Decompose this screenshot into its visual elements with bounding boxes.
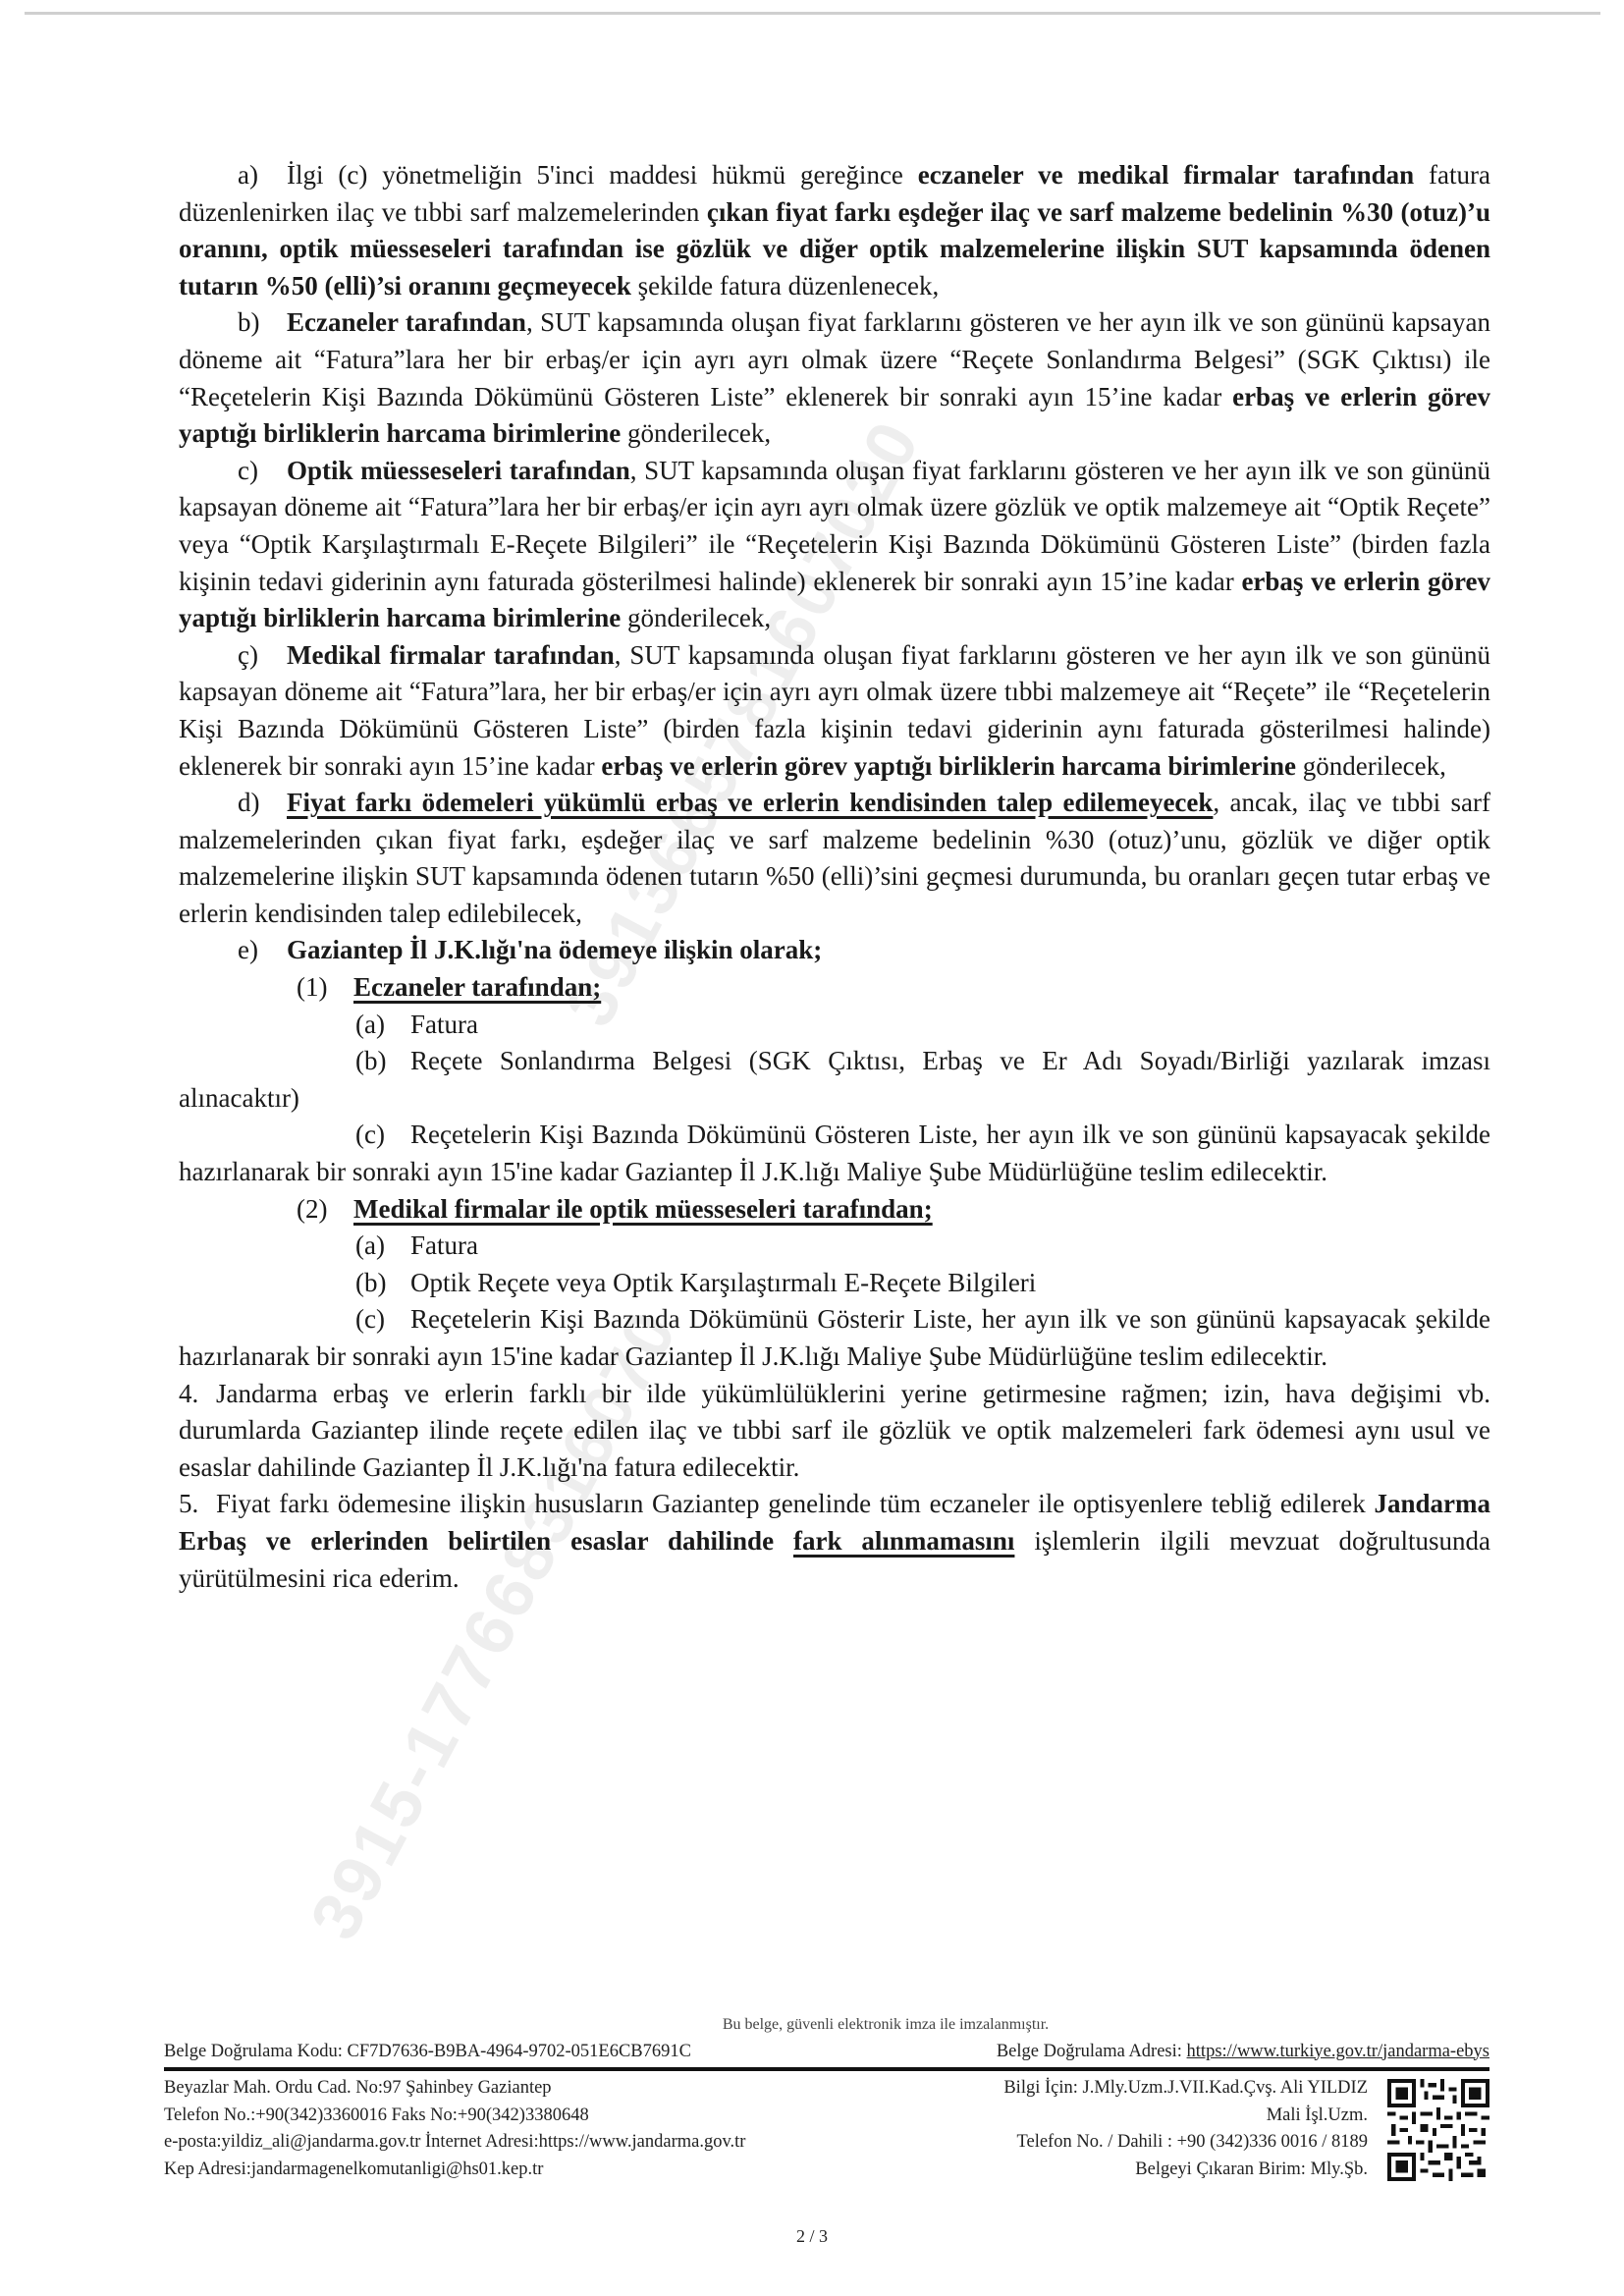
item-label: c) <box>238 453 287 490</box>
item-d: d)Fiyat farkı ödemeleri yükümlü erbaş ve… <box>179 785 1490 932</box>
address: Beyazlar Mah. Ordu Cad. No:97 Şahinbey G… <box>164 2075 871 2103</box>
kep-address: Kep Adresi:jandarmagenelkomutanligi@hs01… <box>164 2157 871 2184</box>
paragraph-5: 5.Fiyat farkı ödemesine ilişkin hususlar… <box>179 1486 1490 1597</box>
item-b: b)Eczaneler tarafından, SUT kapsamında o… <box>179 304 1490 452</box>
email-web: e-posta:yildiz_ali@jandarma.gov.tr İnter… <box>164 2129 871 2157</box>
contact-phone: Telefon No. / Dahili : +90 (342)336 0016… <box>1003 2129 1368 2157</box>
item-e: e)Gaziantep İl J.K.lığı'na ödemeye ilişk… <box>179 932 1490 969</box>
verification-code: Belge Doğrulama Kodu: CF7D7636-B9BA-4964… <box>164 2039 691 2066</box>
item-label: a) <box>238 157 287 194</box>
sub-2-a: (a)Fatura <box>179 1228 1490 1265</box>
qr-code-icon <box>1387 2079 1489 2181</box>
document-body: a)İlgi (c) yönetmeliğin 5'inci maddesi h… <box>179 157 1490 1597</box>
sub-2-c: (c)Reçetelerin Kişi Bazında Dökümünü Gös… <box>179 1301 1490 1375</box>
sub-2-title: (2)Medikal firmalar ile optik müessesele… <box>179 1191 1490 1229</box>
paragraph-4: 4.Jandarma erbaş ve erlerin farklı bir i… <box>179 1376 1490 1487</box>
institution-contact: Beyazlar Mah. Ordu Cad. No:97 Şahinbey G… <box>164 2075 871 2183</box>
item-label: d) <box>238 785 287 822</box>
page-number: 2 / 3 <box>0 2226 1624 2247</box>
document-footer: Bu belge, güvenli elektronik imza ile im… <box>164 2011 1489 2183</box>
item-label: e) <box>238 932 287 969</box>
sub-1-title: (1)Eczaneler tarafından; <box>179 969 1490 1007</box>
contact-name: Bilgi İçin: J.Mly.Uzm.J.VII.Kad.Çvş. Ali… <box>1003 2075 1368 2103</box>
sub-1-a: (a)Fatura <box>179 1007 1490 1044</box>
sub-1-c: (c)Reçetelerin Kişi Bazında Dökümünü Gös… <box>179 1117 1490 1190</box>
contact-title: Mali İşl.Uzm. <box>1003 2103 1368 2130</box>
verification-address: Belge Doğrulama Adresi: https://www.turk… <box>997 2039 1489 2066</box>
item-label: b) <box>238 304 287 342</box>
issuing-unit: Belgeyi Çıkaran Birim: Mly.Şb. <box>1003 2157 1368 2184</box>
item-c: c)Optik müesseseleri tarafından, SUT kap… <box>179 453 1490 637</box>
item-cc: ç)Medikal firmalar tarafından, SUT kapsa… <box>179 637 1490 785</box>
item-label: ç) <box>238 637 287 675</box>
scan-edge-line <box>25 12 1600 15</box>
sub-2-b: (b)Optik Reçete veya Optik Karşılaştırma… <box>179 1265 1490 1302</box>
contact-info: Beyazlar Mah. Ordu Cad. No:97 Şahinbey G… <box>164 2075 1489 2183</box>
verification-row: Belge Doğrulama Kodu: CF7D7636-B9BA-4964… <box>164 2039 1489 2072</box>
contact-person: Bilgi İçin: J.Mly.Uzm.J.VII.Kad.Çvş. Ali… <box>1003 2075 1489 2183</box>
sub-1-b: (b)Reçete Sonlandırma Belgesi (SGK Çıktı… <box>179 1043 1490 1117</box>
e-signature-note: Bu belge, güvenli elektronik imza ile im… <box>282 2011 1489 2039</box>
verification-link[interactable]: https://www.turkiye.gov.tr/jandarma-ebys <box>1187 2042 1489 2061</box>
phone-fax: Telefon No.:+90(342)3360016 Faks No:+90(… <box>164 2103 871 2130</box>
item-a: a)İlgi (c) yönetmeliğin 5'inci maddesi h… <box>179 157 1490 304</box>
underlined-emphasis: Fiyat farkı ödemeleri yükümlü erbaş ve e… <box>287 788 1213 817</box>
